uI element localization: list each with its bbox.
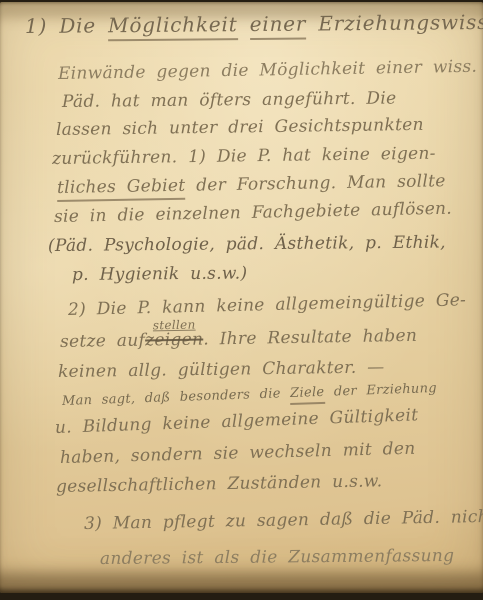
text-segment: anderes ist als die Zusammenfassung [100, 546, 454, 569]
manuscript-line: anderes ist als die Zusammenfassung [100, 546, 454, 569]
inserted-word: stellen [153, 318, 196, 333]
manuscript-line: Einwände gegen die Möglichkeit einer wis… [58, 57, 477, 84]
manuscript-line: tliches Gebiet der Forschung. Man sollte [57, 171, 446, 198]
manuscript-line: lassen sich unter drei Gesichtspunkten [56, 115, 424, 140]
text-segment: gesellschaftlichen Zuständen u.s.w. [56, 471, 383, 497]
text-segment: Erziehungswissenschaft [306, 9, 483, 35]
text-segment: setze auf [60, 331, 145, 352]
manuscript-scan: 1) Die Möglichkeit einer Erziehungswisse… [0, 0, 483, 600]
text-segment: 1) Die [25, 13, 108, 38]
manuscript-line: 3) Man pflegt zu sagen daß die Päd. nich… [84, 507, 483, 534]
text-segment: zurückführen. 1) Die P. hat keine eigen- [52, 144, 436, 169]
text-segment [237, 12, 249, 36]
text-segment: der Erziehung [324, 381, 437, 400]
manuscript-page: 1) Die Möglichkeit einer Erziehungswisse… [0, 2, 483, 593]
text-segment: p. Hygienik u.s.w.) [72, 263, 248, 285]
manuscript-line: u. Bildung keine allgemeine Gültigkeit [55, 405, 419, 438]
text-segment: der Forschung. Man sollte [185, 171, 446, 196]
correction: zeigenstellen [145, 330, 203, 351]
manuscript-line: sie in die einzelnen Fachgebiete auflöse… [54, 199, 452, 227]
underlined-text: tliches Gebiet [57, 176, 186, 202]
text-segment: haben, sondern sie wechseln mit den [60, 439, 416, 468]
text-segment: sie in die einzelnen Fachgebiete auflöse… [54, 199, 452, 227]
struck-word: zeigen [145, 330, 203, 351]
manuscript-line: gesellschaftlichen Zuständen u.s.w. [56, 471, 383, 497]
manuscript-line: zurückführen. 1) Die P. hat keine eigen- [52, 144, 436, 169]
manuscript-line: (Päd. Psychologie, päd. Ästhetik, p. Eth… [48, 233, 446, 256]
text-segment: Man sagt, daß besonders die [62, 386, 291, 409]
manuscript-line: setze aufzeigenstellen. Ihre Resultate h… [60, 326, 417, 352]
underlined-text: Möglichkeit [108, 12, 238, 41]
text-segment: Päd. hat man öfters angeführt. Die [62, 88, 397, 112]
text-segment: u. Bildung keine allgemeine Gültigkeit [55, 405, 419, 438]
manuscript-line: Päd. hat man öfters angeführt. Die [62, 88, 397, 112]
manuscript-line: keinen allg. gültigen Charakter. — [58, 357, 385, 382]
manuscript-line: Man sagt, daß besonders die Ziele der Er… [62, 381, 437, 409]
manuscript-line: haben, sondern sie wechseln mit den [60, 439, 416, 468]
text-segment: lassen sich unter drei Gesichtspunkten [56, 115, 424, 140]
underlined-text: Ziele [290, 385, 325, 405]
manuscript-line: 2) Die P. kann keine allgemeingültige Ge… [68, 290, 467, 320]
text-segment: . Ihre Resultate haben [203, 326, 417, 350]
text-segment: Einwände gegen die Möglichkeit einer wis… [58, 57, 477, 84]
page-title: 1) Die Möglichkeit einer Erziehungswisse… [25, 9, 483, 38]
manuscript-line: p. Hygienik u.s.w.) [72, 263, 248, 285]
underlined-text: einer [250, 12, 307, 40]
text-segment: (Päd. Psychologie, päd. Ästhetik, p. Eth… [48, 233, 446, 256]
text-segment: 3) Man pflegt zu sagen daß die Päd. nich… [84, 507, 483, 534]
text-segment: 2) Die P. kann keine allgemeingültige Ge… [68, 290, 467, 320]
text-segment: keinen allg. gültigen Charakter. — [58, 357, 385, 382]
